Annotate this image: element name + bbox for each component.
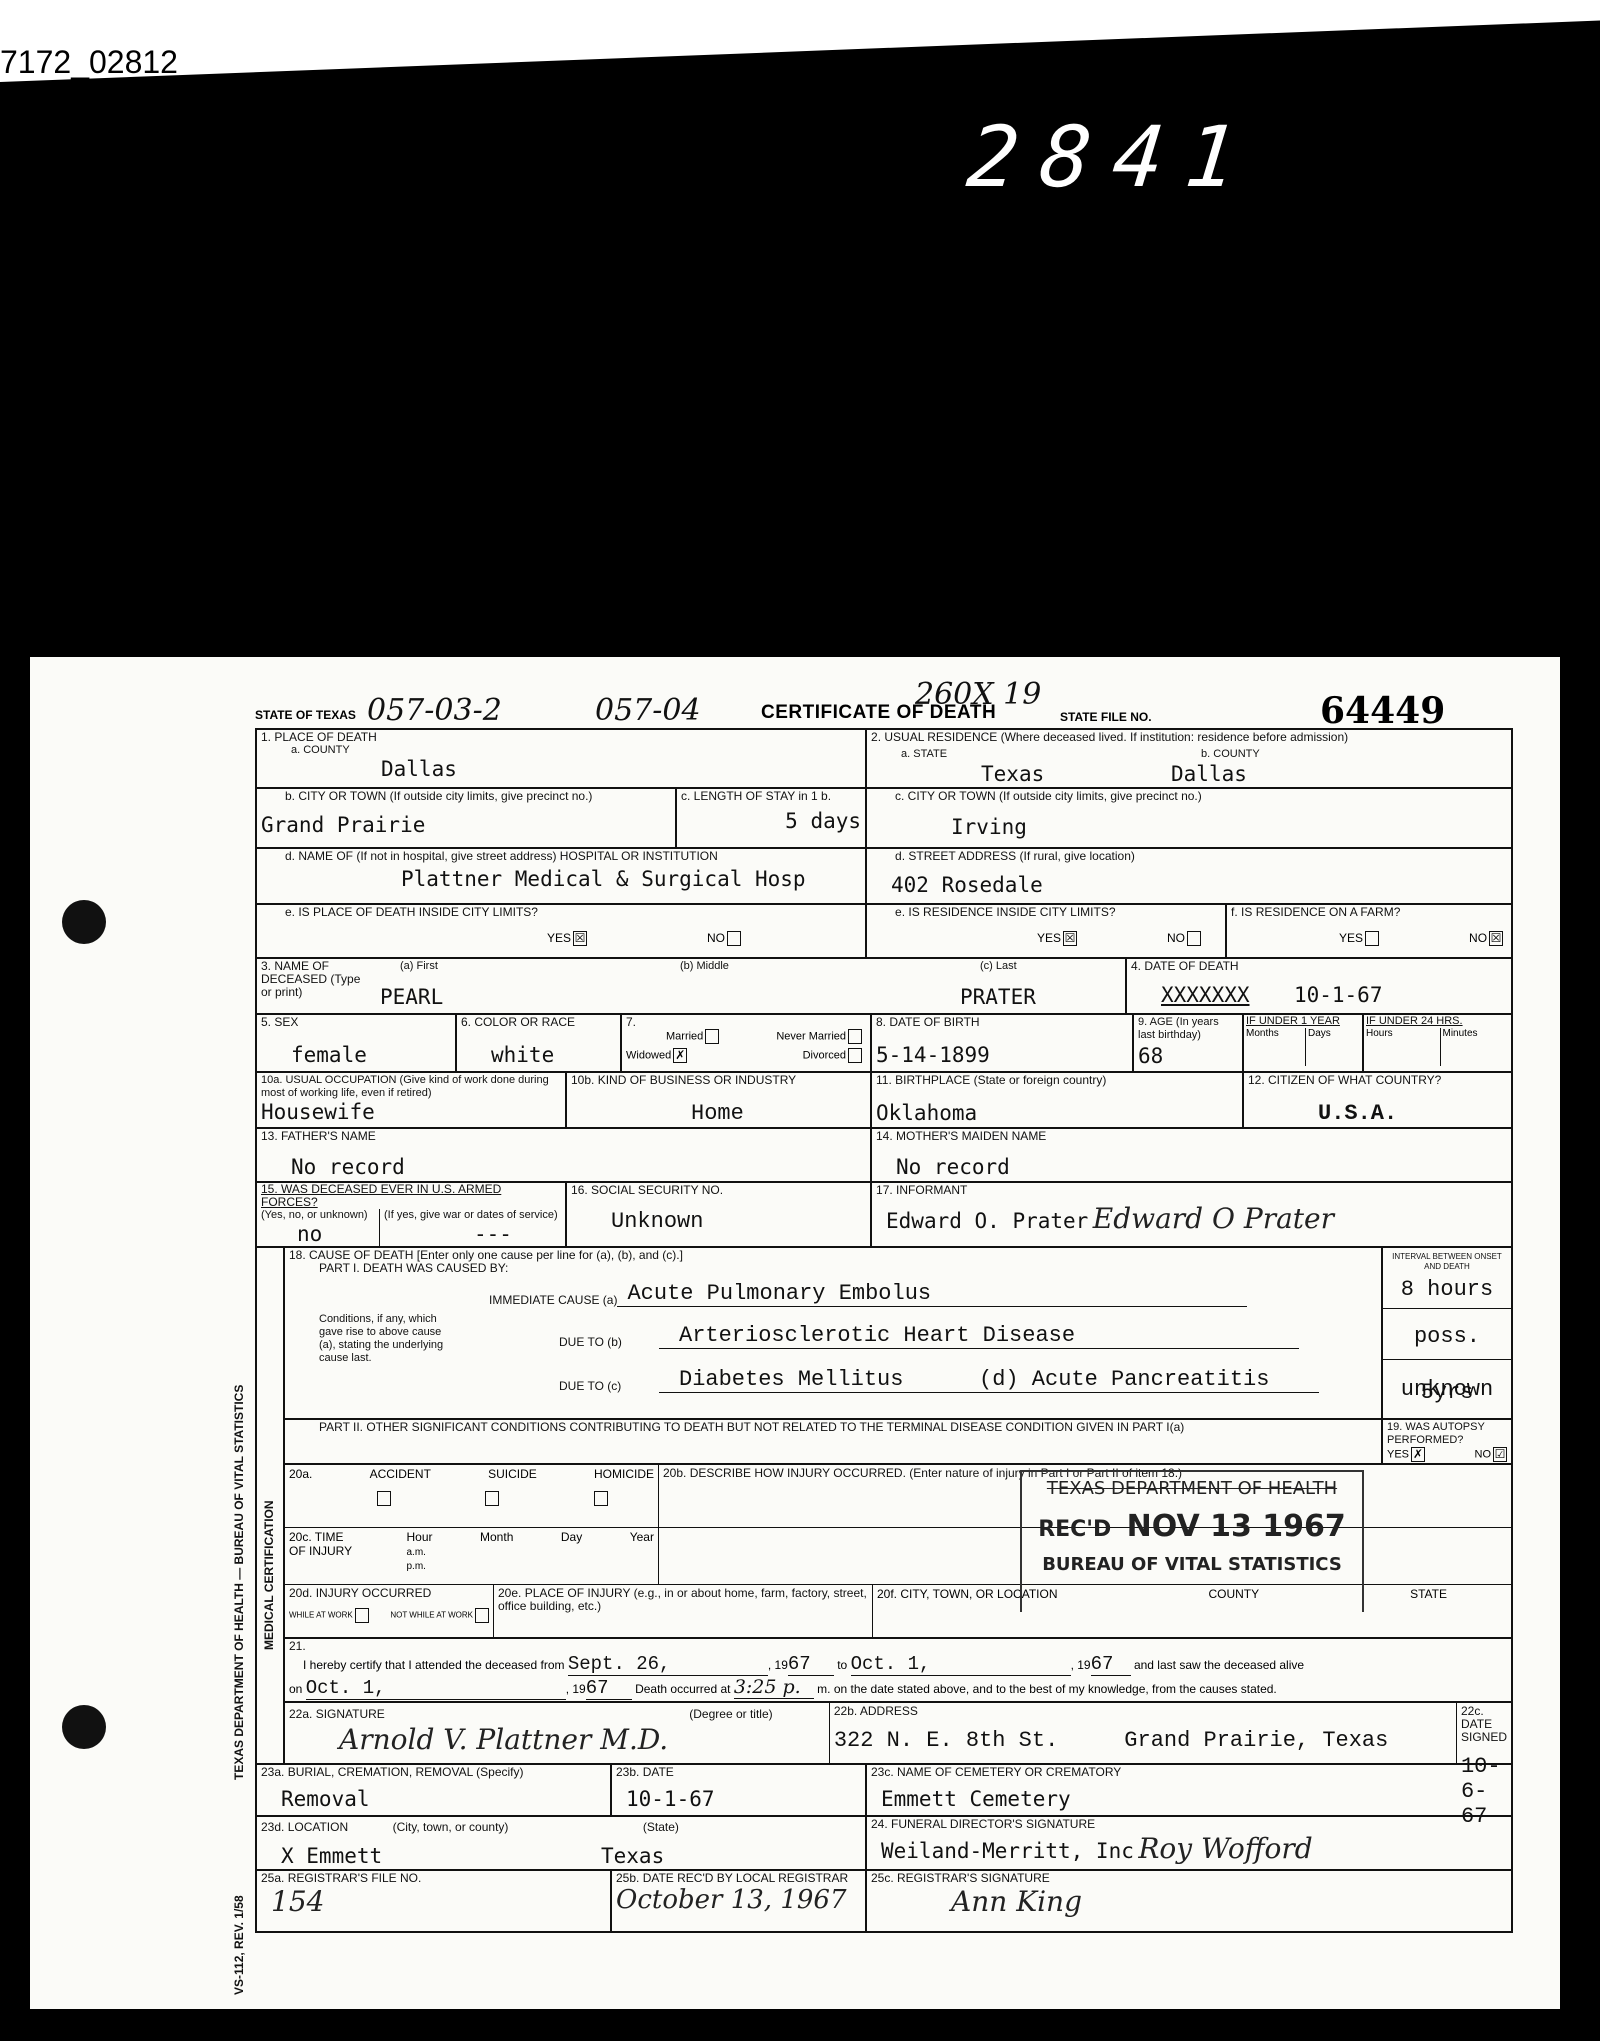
handwritten-annotation: 260X 19 bbox=[915, 677, 1041, 712]
residence-city-label: c. CITY OR TOWN (If outside city limits,… bbox=[871, 790, 1507, 803]
cemetery-label: 23c. NAME OF CEMETERY OR CREMATORY bbox=[871, 1766, 1507, 1779]
residence-farm-cell: f. IS RESIDENCE ON A FARM? YES NO☒ bbox=[1226, 904, 1512, 958]
cause-b-value: Arteriosclerotic Heart Disease bbox=[659, 1323, 1299, 1349]
registrar-date-value: October 13, 1967 bbox=[616, 1885, 861, 1915]
residence-inside-yes[interactable]: YES☒ bbox=[1037, 931, 1077, 946]
first-name-cell: (a) First PEARL bbox=[376, 958, 636, 1014]
death-inside-limits-cell: e. IS PLACE OF DEATH INSIDE CITY LIMITS?… bbox=[256, 904, 866, 958]
due-to-b-label: DUE TO (b) bbox=[559, 1336, 659, 1349]
deceased-name-table: 3. NAME OF DECEASED (Type or print) (a) … bbox=[255, 957, 1513, 1015]
registrar-signature-cell: 25c. REGISTRAR'S SIGNATUREAnn King bbox=[866, 1870, 1512, 1932]
date-of-death-struck: XXXXXXX bbox=[1161, 983, 1250, 1007]
day-label: Day bbox=[561, 1530, 582, 1582]
not-while-at-work-checkbox[interactable] bbox=[475, 1608, 489, 1623]
registrar-signature-label: 25c. REGISTRAR'S SIGNATURE bbox=[871, 1872, 1507, 1885]
hour-field: Houra.m.p.m. bbox=[407, 1530, 433, 1582]
scan-image-id: 7172_02812 bbox=[0, 44, 178, 81]
married-checkbox[interactable] bbox=[705, 1029, 719, 1044]
place-residence-table: 1. PLACE OF DEATH a. COUNTY Dallas 2. US… bbox=[255, 728, 1513, 959]
registrar-date-label: 25b. DATE REC'D BY LOCAL REGISTRAR bbox=[616, 1872, 861, 1885]
race-label: 6. COLOR OR RACE bbox=[461, 1016, 616, 1029]
autopsy-yes[interactable]: YES✗ bbox=[1387, 1447, 1425, 1462]
form-revision-label: VS-112, REV. 1/58 bbox=[232, 1855, 246, 1995]
death-occurred-label: Death occurred at bbox=[635, 1682, 730, 1696]
citizen-value: U.S.A. bbox=[1248, 1101, 1507, 1126]
informant-signature: Edward O Prater bbox=[1093, 1202, 1334, 1235]
occupation-cell: 10a. USUAL OCCUPATION (Give kind of work… bbox=[256, 1072, 566, 1128]
attended-to-value: Oct. 1, bbox=[851, 1653, 1071, 1676]
last-name-cell: (c) Last PRATER bbox=[936, 958, 1126, 1014]
mother-name-value: No record bbox=[876, 1155, 1507, 1179]
checkbox-yes[interactable]: ✗ bbox=[1411, 1447, 1425, 1462]
widowed-option[interactable]: Widowed✗ bbox=[626, 1048, 687, 1063]
registrar-signature: Ann King bbox=[871, 1885, 1507, 1918]
birthplace-label: 11. BIRTHPLACE (State or foreign country… bbox=[876, 1074, 1238, 1087]
place-of-death-label: 1. PLACE OF DEATH bbox=[261, 731, 861, 744]
while-at-work-checkbox[interactable] bbox=[355, 1608, 369, 1623]
month-label: Month bbox=[480, 1530, 513, 1582]
armed-forces-label: 15. WAS DECEASED EVER IN U.S. ARMED FORC… bbox=[261, 1183, 561, 1209]
citizen-label: 12. CITIZEN OF WHAT COUNTRY? bbox=[1248, 1074, 1507, 1087]
location-cell: 23d. LOCATION (City, town, or county) (S… bbox=[256, 1816, 866, 1870]
to-label: to bbox=[837, 1658, 847, 1672]
length-of-stay-value: 5 days bbox=[681, 809, 861, 833]
date-of-birth-label: 8. DATE OF BIRTH bbox=[876, 1016, 1128, 1029]
residence-county-label: b. COUNTY bbox=[1201, 748, 1260, 760]
attended-from-value: Sept. 26, bbox=[568, 1653, 768, 1676]
certification-number: 21. bbox=[289, 1640, 1507, 1653]
burial-label: 23a. BURIAL, CREMATION, REMOVAL (Specify… bbox=[261, 1766, 606, 1779]
interval-cell: INTERVAL BETWEEN ONSET AND DEATH 8 hours… bbox=[1382, 1247, 1512, 1419]
race-value: white bbox=[461, 1043, 616, 1067]
checkbox-no[interactable]: ☒ bbox=[1489, 931, 1503, 946]
under-24-hours-cell: IF UNDER 24 HRS. HoursMinutes bbox=[1363, 1014, 1512, 1072]
under-24-hours-label: IF UNDER 24 HRS. bbox=[1364, 1015, 1511, 1028]
date-of-death-label: 4. DATE OF DEATH bbox=[1131, 960, 1507, 973]
location-city-label: (City, town, or county) bbox=[393, 1820, 509, 1834]
checkbox-no[interactable] bbox=[727, 931, 741, 946]
farm-yes[interactable]: YES bbox=[1339, 931, 1379, 946]
date-of-birth-cell: 8. DATE OF BIRTH5-14-1899 bbox=[871, 1014, 1133, 1072]
year-label: Year bbox=[630, 1530, 654, 1582]
checkbox-yes[interactable] bbox=[1365, 931, 1379, 946]
armed-forces-value: no bbox=[261, 1222, 379, 1246]
length-of-stay-label: c. LENGTH OF STAY in 1 b. bbox=[681, 790, 861, 803]
sex-value: female bbox=[261, 1043, 451, 1067]
parents-table: 13. FATHER'S NAMENo record 14. MOTHER'S … bbox=[255, 1127, 1513, 1183]
degree-label: (Degree or title) bbox=[689, 1707, 772, 1721]
death-city-label: b. CITY OR TOWN (If outside city limits,… bbox=[261, 790, 671, 803]
interval-a-value: 8 hours bbox=[1383, 1272, 1511, 1309]
autopsy-cell: 19. WAS AUTOPSY PERFORMED? YES✗NO☑ bbox=[1382, 1419, 1512, 1464]
hours-label: Hours bbox=[1364, 1028, 1441, 1066]
date-signed-label: 22c. DATE SIGNED bbox=[1461, 1705, 1507, 1744]
first-name-value: PEARL bbox=[380, 985, 632, 1009]
registrar-file-label: 25a. REGISTRAR'S FILE NO. bbox=[261, 1872, 606, 1885]
institution-value: Plattner Medical & Surgical Hosp bbox=[261, 867, 861, 891]
father-name-label: 13. FATHER'S NAME bbox=[261, 1130, 866, 1143]
while-at-work-option[interactable]: WHILE AT WORK bbox=[289, 1608, 369, 1623]
sex-cell: 5. SEXfemale bbox=[256, 1014, 456, 1072]
stamp-department: TEXAS DEPARTMENT OF HEALTH bbox=[1022, 1478, 1362, 1499]
father-name-value: No record bbox=[261, 1155, 866, 1179]
residence-county-value: Dallas bbox=[1171, 762, 1247, 786]
stamp-received-date: REC'D NOV 13 1967 bbox=[1022, 1509, 1362, 1544]
funeral-home-value: Weiland-Merritt, Inc bbox=[871, 1839, 1134, 1863]
institution-cell: d. NAME OF (If not in hospital, give str… bbox=[256, 848, 866, 904]
last-seen-year: 67 bbox=[586, 1677, 632, 1700]
suicide-checkbox[interactable] bbox=[485, 1491, 499, 1506]
location-city-value: X Emmett bbox=[261, 1844, 601, 1868]
location-state-value: Texas bbox=[601, 1844, 664, 1868]
occupation-value: Housewife bbox=[261, 1100, 561, 1124]
certify-text-3: m. on the date stated above, and to the … bbox=[817, 1682, 1277, 1696]
date-of-birth-value: 5-14-1899 bbox=[876, 1043, 1128, 1067]
handwritten-code-2: 057-04 bbox=[595, 693, 701, 728]
medical-side-column bbox=[256, 1247, 284, 1764]
attended-from-year: 67 bbox=[788, 1653, 834, 1676]
cause-c-value: Diabetes Mellitus bbox=[659, 1367, 959, 1393]
checkbox-no[interactable]: ☑ bbox=[1493, 1447, 1507, 1462]
checkbox-yes[interactable]: ☒ bbox=[573, 931, 587, 946]
race-cell: 6. COLOR OR RACEwhite bbox=[456, 1014, 621, 1072]
ssn-value: Unknown bbox=[571, 1209, 866, 1234]
physician-address-label: 22b. ADDRESS bbox=[834, 1705, 1452, 1718]
received-stamp: TEXAS DEPARTMENT OF HEALTH REC'D NOV 13 … bbox=[1020, 1470, 1364, 1612]
never-married-option[interactable]: Never Married bbox=[776, 1029, 862, 1044]
occupation-table: 10a. USUAL OCCUPATION (Give kind of work… bbox=[255, 1071, 1513, 1129]
location-label: 23d. LOCATION bbox=[261, 1820, 348, 1834]
punch-hole-top bbox=[62, 900, 106, 944]
suicide-label: SUICIDE bbox=[488, 1467, 537, 1481]
burial-value: Removal bbox=[261, 1787, 606, 1811]
physician-address-value: 322 N. E. 8th St. Grand Prairie, Texas bbox=[834, 1728, 1452, 1753]
name-of-deceased-label: 3. NAME OF DECEASED (Type or print) bbox=[261, 960, 372, 999]
accident-label: ACCIDENT bbox=[370, 1467, 431, 1481]
accident-checkbox[interactable] bbox=[377, 1491, 391, 1506]
street-address-label: d. STREET ADDRESS (If rural, give locati… bbox=[871, 850, 1507, 863]
service-dates-value: --- bbox=[384, 1222, 558, 1246]
handwritten-code-1: 057-03-2 bbox=[367, 693, 502, 728]
death-city-cell: b. CITY OR TOWN (If outside city limits,… bbox=[256, 788, 676, 848]
last-name-value: PRATER bbox=[940, 985, 1121, 1009]
divorced-checkbox[interactable] bbox=[848, 1048, 862, 1063]
date-of-death-value: 10-1-67 bbox=[1294, 983, 1383, 1007]
residence-city-cell: c. CITY OR TOWN (If outside city limits,… bbox=[866, 788, 1512, 848]
never-married-checkbox[interactable] bbox=[848, 1029, 862, 1044]
under-one-year-label: IF UNDER 1 YEAR bbox=[1244, 1015, 1362, 1028]
county-label: a. COUNTY bbox=[261, 744, 861, 757]
certify-text-1: I hereby certify that I attended the dec… bbox=[303, 1658, 565, 1672]
residence-inside-limits-label: e. IS RESIDENCE INSIDE CITY LIMITS? bbox=[871, 906, 1221, 919]
minutes-label: Minutes bbox=[1441, 1028, 1478, 1066]
date-of-death-cell: 4. DATE OF DEATH XXXXXXX 10-1-67 bbox=[1126, 958, 1512, 1014]
usual-residence-label: 2. USUAL RESIDENCE (Where deceased lived… bbox=[871, 731, 1507, 744]
street-address-cell: d. STREET ADDRESS (If rural, give locati… bbox=[866, 848, 1512, 904]
burial-date-label: 23b. DATE bbox=[616, 1766, 861, 1779]
vital-info-table: 5. SEXfemale 6. COLOR OR RACEwhite 7. Ma… bbox=[255, 1013, 1513, 1073]
under-one-year-cell: IF UNDER 1 YEAR MonthsDays bbox=[1243, 1014, 1363, 1072]
part-2-cell: PART II. OTHER SIGNIFICANT CONDITIONS CO… bbox=[284, 1419, 1382, 1464]
injury-20a-label: 20a. bbox=[289, 1467, 312, 1481]
first-name-label: (a) First bbox=[380, 960, 632, 973]
married-option[interactable]: Married bbox=[666, 1029, 719, 1044]
place-of-death-county-cell: 1. PLACE OF DEATH a. COUNTY Dallas bbox=[256, 729, 866, 788]
marital-status-label: 7. bbox=[626, 1016, 866, 1029]
age-value: 68 bbox=[1138, 1044, 1238, 1068]
funeral-director-signature: Roy Wofford bbox=[1138, 1832, 1312, 1865]
death-certificate-form: STATE OF TEXAS 057-03-2 057-04 CERTIFICA… bbox=[255, 688, 1511, 1933]
citizen-cell: 12. CITIZEN OF WHAT COUNTRY?U.S.A. bbox=[1243, 1072, 1512, 1128]
cemetery-value: Emmett Cemetery bbox=[871, 1787, 1507, 1811]
informant-cell: 17. INFORMANT Edward O. Prater Edward O … bbox=[871, 1182, 1512, 1247]
funeral-director-label: 24. FUNERAL DIRECTOR'S SIGNATURE bbox=[871, 1818, 1507, 1831]
registrar-date-cell: 25b. DATE REC'D BY LOCAL REGISTRAROctobe… bbox=[611, 1870, 866, 1932]
occupation-label: 10a. USUAL OCCUPATION (Give kind of work… bbox=[261, 1074, 561, 1100]
certification-cell: 21. I hereby certify that I attended the… bbox=[284, 1638, 1512, 1702]
residence-state-value: Texas bbox=[871, 762, 1171, 786]
part-2-label: PART II. OTHER SIGNIFICANT CONDITIONS CO… bbox=[289, 1421, 1377, 1434]
immediate-cause-label: IMMEDIATE CAUSE (a) bbox=[489, 1294, 617, 1307]
location-state-label: (State) bbox=[643, 1820, 679, 1834]
informant-value: Edward O. Prater bbox=[876, 1209, 1088, 1233]
informant-label: 17. INFORMANT bbox=[876, 1184, 1507, 1197]
injury-occurred-label: 20d. INJURY OCCURRED bbox=[289, 1587, 489, 1600]
burial-date-cell: 23b. DATE10-1-67 bbox=[611, 1764, 866, 1816]
physician-signature: Arnold V. Plattner M.D. bbox=[289, 1723, 825, 1756]
part-1-label: PART I. DEATH WAS CAUSED BY: bbox=[289, 1262, 1377, 1275]
residence-city-value: Irving bbox=[871, 815, 1507, 839]
armed-forces-table: 15. WAS DECEASED EVER IN U.S. ARMED FORC… bbox=[255, 1181, 1513, 1248]
middle-name-cell: (b) Middle bbox=[636, 958, 936, 1014]
death-time-value: 3:25 p. bbox=[734, 1676, 814, 1699]
mother-name-label: 14. MOTHER'S MAIDEN NAME bbox=[876, 1130, 1507, 1143]
checkbox-yes[interactable]: ☒ bbox=[1063, 931, 1077, 946]
widowed-checkbox[interactable]: ✗ bbox=[673, 1048, 687, 1063]
middle-name-label: (b) Middle bbox=[640, 960, 932, 973]
interval-label: INTERVAL BETWEEN ONSET AND DEATH bbox=[1383, 1252, 1511, 1272]
residence-farm-label: f. IS RESIDENCE ON A FARM? bbox=[1231, 906, 1507, 919]
last-seen-value: Oct. 1, bbox=[306, 1677, 566, 1700]
state-file-label: STATE FILE NO. bbox=[1060, 710, 1152, 724]
street-address-value: 402 Rosedale bbox=[871, 873, 1507, 897]
department-side-label: TEXAS DEPARTMENT OF HEALTH — BUREAU OF V… bbox=[232, 910, 246, 1780]
burial-date-value: 10-1-67 bbox=[616, 1787, 861, 1811]
age-cell: 9. AGE (In years last birthday)68 bbox=[1133, 1014, 1243, 1072]
cemetery-cell: 23c. NAME OF CEMETERY OR CREMATORYEmmett… bbox=[866, 1764, 1512, 1816]
ssn-label: 16. SOCIAL SECURITY NO. bbox=[571, 1184, 866, 1197]
stamp-bureau: BUREAU OF VITAL STATISTICS bbox=[1022, 1554, 1362, 1575]
service-dates-label: (If yes, give war or dates of service) bbox=[384, 1209, 558, 1222]
institution-label: d. NAME OF (If not in hospital, give str… bbox=[261, 850, 861, 863]
interval-b-value: poss. 5yrs bbox=[1383, 1309, 1511, 1360]
due-to-c-label: DUE TO (c) bbox=[559, 1380, 659, 1393]
certify-text-2: and last saw the deceased alive bbox=[1134, 1658, 1304, 1672]
registrar-file-value: 154 bbox=[261, 1885, 606, 1918]
physician-row: 22a. SIGNATURE (Degree or title) Arnold … bbox=[284, 1702, 1512, 1764]
death-inside-limits-yes[interactable]: YES☒ bbox=[547, 931, 587, 946]
death-city-value: Grand Prairie bbox=[261, 813, 671, 837]
scan-banner bbox=[0, 0, 1600, 82]
days-label: Days bbox=[1306, 1028, 1331, 1066]
residence-state-label: a. STATE bbox=[871, 748, 1201, 761]
last-name-label: (c) Last bbox=[940, 960, 1121, 973]
residence-state-county-cell: 2. USUAL RESIDENCE (Where deceased lived… bbox=[866, 729, 1512, 788]
father-name-cell: 13. FATHER'S NAMENo record bbox=[256, 1128, 871, 1182]
burial-cell: 23a. BURIAL, CREMATION, REMOVAL (Specify… bbox=[256, 1764, 611, 1816]
marital-status-cell: 7. Married Never Married Widowed✗ Divorc… bbox=[621, 1014, 871, 1072]
place-of-injury-label: 20e. PLACE OF INJURY (e.g., in or about … bbox=[498, 1587, 868, 1613]
cause-d-value: (d) Acute Pancreatitis bbox=[959, 1367, 1319, 1393]
physician-signature-label: 22a. SIGNATURE bbox=[289, 1707, 385, 1721]
residence-inside-no[interactable]: NO bbox=[1167, 931, 1201, 946]
birthplace-value: Oklahoma bbox=[876, 1101, 1238, 1125]
death-inside-limits-label: e. IS PLACE OF DEATH INSIDE CITY LIMITS? bbox=[261, 906, 861, 919]
registrar-file-cell: 25a. REGISTRAR'S FILE NO.154 bbox=[256, 1870, 611, 1932]
homicide-checkbox[interactable] bbox=[594, 1491, 608, 1506]
birthplace-cell: 11. BIRTHPLACE (State or foreign country… bbox=[871, 1072, 1243, 1128]
business-value: Home bbox=[571, 1101, 866, 1126]
length-of-stay-cell: c. LENGTH OF STAY in 1 b. 5 days bbox=[676, 788, 866, 848]
not-while-at-work-option[interactable]: NOT WHILE AT WORK bbox=[390, 1608, 489, 1623]
injury-state-label: STATE bbox=[1410, 1587, 1507, 1635]
interval-c-value: unknown bbox=[1383, 1360, 1511, 1410]
disposition-table: 23a. BURIAL, CREMATION, REMOVAL (Specify… bbox=[255, 1763, 1513, 1933]
state-label: STATE OF TEXAS bbox=[255, 708, 356, 722]
mother-name-cell: 14. MOTHER'S MAIDEN NAMENo record bbox=[871, 1128, 1512, 1182]
armed-forces-sub-label: (Yes, no, or unknown) bbox=[261, 1209, 379, 1222]
cause-of-death-cell: 18. CAUSE OF DEATH [Enter only one cause… bbox=[284, 1247, 1382, 1419]
farm-no[interactable]: NO☒ bbox=[1469, 931, 1503, 946]
autopsy-label: 19. WAS AUTOPSY PERFORMED? bbox=[1387, 1421, 1507, 1447]
months-label: Months bbox=[1244, 1028, 1306, 1066]
punch-hole-bottom bbox=[62, 1705, 106, 1749]
sex-label: 5. SEX bbox=[261, 1016, 451, 1029]
divorced-option[interactable]: Divorced bbox=[803, 1048, 862, 1063]
death-county-value: Dallas bbox=[261, 757, 861, 781]
funeral-director-cell: 24. FUNERAL DIRECTOR'S SIGNATURE Weiland… bbox=[866, 1816, 1512, 1870]
name-label-cell: 3. NAME OF DECEASED (Type or print) bbox=[256, 958, 376, 1014]
time-of-injury-label: 20c. TIME OF INJURY bbox=[289, 1530, 359, 1582]
state-file-number: 64449 bbox=[1320, 690, 1445, 732]
death-inside-limits-no[interactable]: NO bbox=[707, 931, 741, 946]
autopsy-no[interactable]: NO☑ bbox=[1475, 1447, 1508, 1462]
scan-stamp-number: 2841 bbox=[963, 108, 1264, 206]
residence-inside-limits-cell: e. IS RESIDENCE INSIDE CITY LIMITS? YES☒… bbox=[866, 904, 1226, 958]
conditions-note: Conditions, if any, which gave rise to a… bbox=[289, 1313, 449, 1393]
attended-to-year: 67 bbox=[1091, 1653, 1131, 1676]
business-label: 10b. KIND OF BUSINESS OR INDUSTRY bbox=[571, 1074, 866, 1087]
checkbox-no[interactable] bbox=[1187, 931, 1201, 946]
certificate-header: STATE OF TEXAS 057-03-2 057-04 CERTIFICA… bbox=[255, 688, 1511, 728]
armed-forces-cell: 15. WAS DECEASED EVER IN U.S. ARMED FORC… bbox=[256, 1182, 566, 1247]
immediate-cause-value: Acute Pulmonary Embolus bbox=[617, 1281, 1247, 1307]
age-label: 9. AGE (In years last birthday) bbox=[1138, 1016, 1238, 1042]
cause-a-row: IMMEDIATE CAUSE (a)Acute Pulmonary Embol… bbox=[289, 1281, 1377, 1307]
business-cell: 10b. KIND OF BUSINESS OR INDUSTRYHome bbox=[566, 1072, 871, 1128]
homicide-label: HOMICIDE bbox=[594, 1467, 654, 1481]
ssn-cell: 16. SOCIAL SECURITY NO.Unknown bbox=[566, 1182, 871, 1247]
